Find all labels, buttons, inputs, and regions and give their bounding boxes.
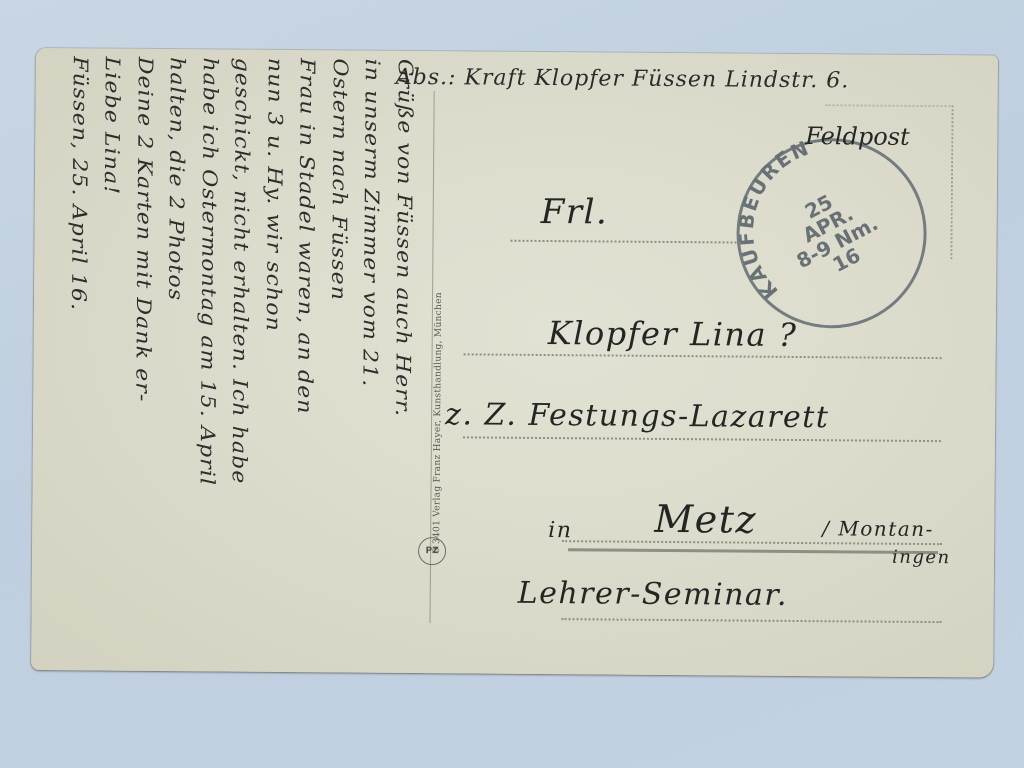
city-underline: [568, 548, 938, 554]
handwritten-message: Grüße von Füssen auch Herr. in unserm Zi…: [37, 56, 422, 665]
message-lines: Grüße von Füssen auch Herr. in unserm Zi…: [37, 56, 422, 665]
message-line: Deine 2 Karten mit Dank er-: [124, 57, 162, 724]
message-line: in unserm Zimmer vom 21.: [352, 59, 390, 726]
message-line: Füssen, 25. April 16.: [59, 56, 97, 723]
message-line: halten, die 2 Photos: [157, 57, 195, 724]
message-line: Ostern nach Füssen: [319, 58, 357, 725]
feldpost-marking: Feldpost: [805, 122, 910, 151]
message-line: geschickt, nicht erhalten. Ich habe: [222, 57, 260, 724]
address-line-5: Lehrer-Seminar.: [518, 576, 788, 613]
message-line: Frau in Stadel waren, an den: [287, 58, 325, 725]
message-line: nun 3 u. Hy. wir schon: [254, 58, 292, 725]
address-line-4-suffix: / Montan-: [822, 516, 934, 541]
message-line: Grüße von Füssen auch Herr.: [384, 59, 422, 726]
message-line: Liebe Lina!: [92, 56, 130, 723]
publisher-imprint: 0 3401 Verlag Franz Hayer, Kunsthandlung…: [432, 123, 455, 553]
message-line: habe ich Ostermontag am 15. April: [189, 57, 227, 724]
address-dotted-line: [463, 436, 941, 442]
postmark: KAUFBEUREN 25 APR. 8-9 Nm. 16: [736, 138, 927, 329]
address-line-3: z. Z. Festungs-Lazarett: [445, 397, 829, 435]
address-line-1: Frl.: [541, 192, 609, 233]
publisher-logo-icon: PZ: [418, 537, 446, 565]
publisher-imprint-text: 0 3401 Verlag Franz Hayer, Kunsthandlung…: [432, 292, 444, 553]
sender-line: Abs.: Kraft Klopfer Füssen Lindstr. 6.: [396, 65, 850, 94]
address-line-4-prefix: in: [548, 518, 572, 543]
address-city: Metz: [654, 497, 757, 542]
address-line-4-note: ingen: [892, 547, 951, 568]
postcard: Grüße von Füssen auch Herr. in unserm Zi…: [31, 48, 998, 678]
address-dotted-line: [562, 618, 942, 623]
address-dotted-line: [464, 353, 942, 359]
address-line-2: Klopfer Lina ?: [548, 314, 798, 354]
address-dotted-line: [510, 240, 740, 244]
